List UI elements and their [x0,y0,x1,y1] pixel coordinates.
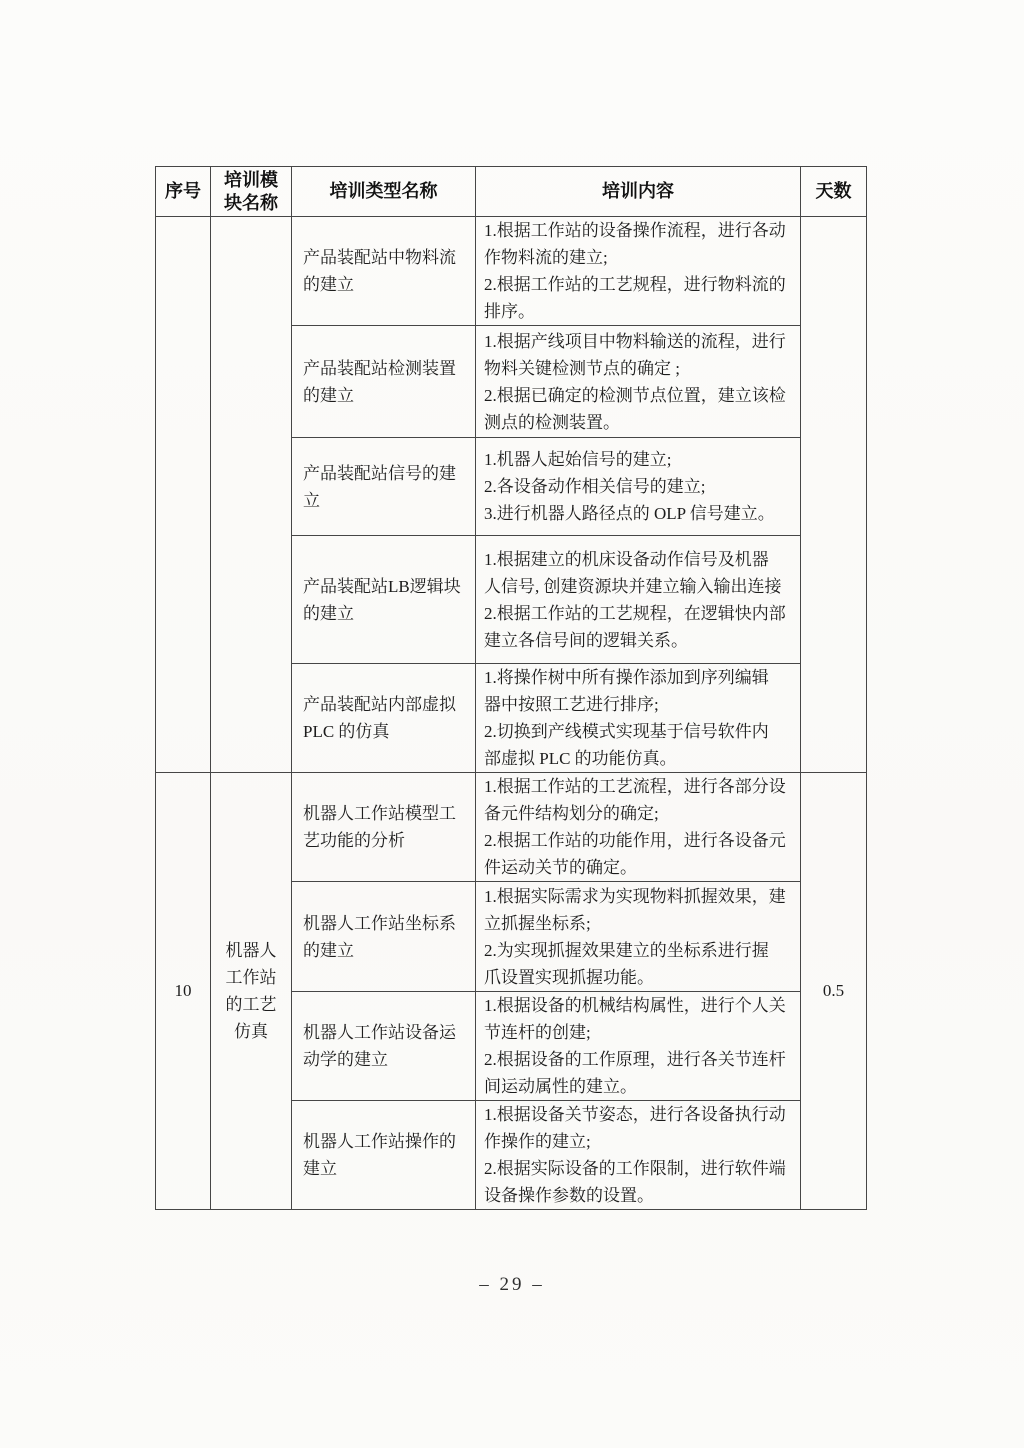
col-header-content: 培训内容 [476,167,801,217]
training-content-cell: 1.根据实际需求为实现物料抓握效果，建 立抓握坐标系; 2.为实现抓握效果建立的… [476,882,801,992]
table-row: 产品装配站中物料流 的建立 1.根据工作站的设备操作流程，进行各动 作物料流的建… [156,217,867,326]
training-type-cell: 产品装配站中物料流 的建立 [292,217,476,326]
training-content-cell: 1.根据设备关节姿态，进行各设备执行动 作操作的建立; 2.根据实际设备的工作限… [476,1101,801,1210]
module-cell [211,217,292,773]
col-header-days: 天数 [801,167,867,217]
training-content-cell: 1.根据工作站的工艺流程，进行各部分设 备元件结构划分的确定; 2.根据工作站的… [476,773,801,882]
training-type-cell: 产品装配站LB逻辑块 的建立 [292,536,476,664]
training-content-cell: 1.根据工作站的设备操作流程，进行各动 作物料流的建立; 2.根据工作站的工艺规… [476,217,801,326]
training-content-cell: 1.根据建立的机床设备动作信号及机器 人信号, 创建资源块并建立输入输出连接 2… [476,536,801,664]
training-content-cell: 1.根据设备的机械结构属性，进行个人关 节连杆的创建; 2.根据设备的工作原理，… [476,992,801,1101]
training-content-cell: 1.机器人起始信号的建立; 2.各设备动作相关信号的建立; 3.进行机器人路径点… [476,438,801,536]
training-type-cell: 机器人工作站模型工 艺功能的分析 [292,773,476,882]
training-type-cell: 产品装配站内部虚拟 PLC 的仿真 [292,664,476,773]
module-cell: 机器人 工作站 的工艺 仿真 [211,773,292,1210]
days-cell [801,217,867,773]
days-cell: 0.5 [801,773,867,1210]
training-content-cell: 1.将操作树中所有操作添加到序列编辑 器中按照工艺进行排序; 2.切换到产线模式… [476,664,801,773]
table-row: 10 机器人 工作站 的工艺 仿真 机器人工作站模型工 艺功能的分析 1.根据工… [156,773,867,882]
col-header-serial: 序号 [156,167,211,217]
serial-cell: 10 [156,773,211,1210]
scanned-document-page: 序号 培训模 块名称 培训类型名称 培训内容 天数 产品装配站中物料流 的建立 … [0,0,1024,1448]
training-type-cell: 机器人工作站设备运 动学的建立 [292,992,476,1101]
page-number: – 29 – [0,1274,1024,1296]
col-header-module: 培训模 块名称 [211,167,292,217]
training-type-cell: 产品装配站信号的建 立 [292,438,476,536]
training-table: 序号 培训模 块名称 培训类型名称 培训内容 天数 产品装配站中物料流 的建立 … [155,166,867,1210]
serial-cell [156,217,211,773]
training-content-cell: 1.根据产线项目中物料输送的流程，进行 物料关键检测节点的确定 ; 2.根据已确… [476,326,801,438]
table-header-row: 序号 培训模 块名称 培训类型名称 培训内容 天数 [156,167,867,217]
training-type-cell: 产品装配站检测装置 的建立 [292,326,476,438]
col-header-type: 培训类型名称 [292,167,476,217]
training-type-cell: 机器人工作站操作的 建立 [292,1101,476,1210]
training-type-cell: 机器人工作站坐标系 的建立 [292,882,476,992]
